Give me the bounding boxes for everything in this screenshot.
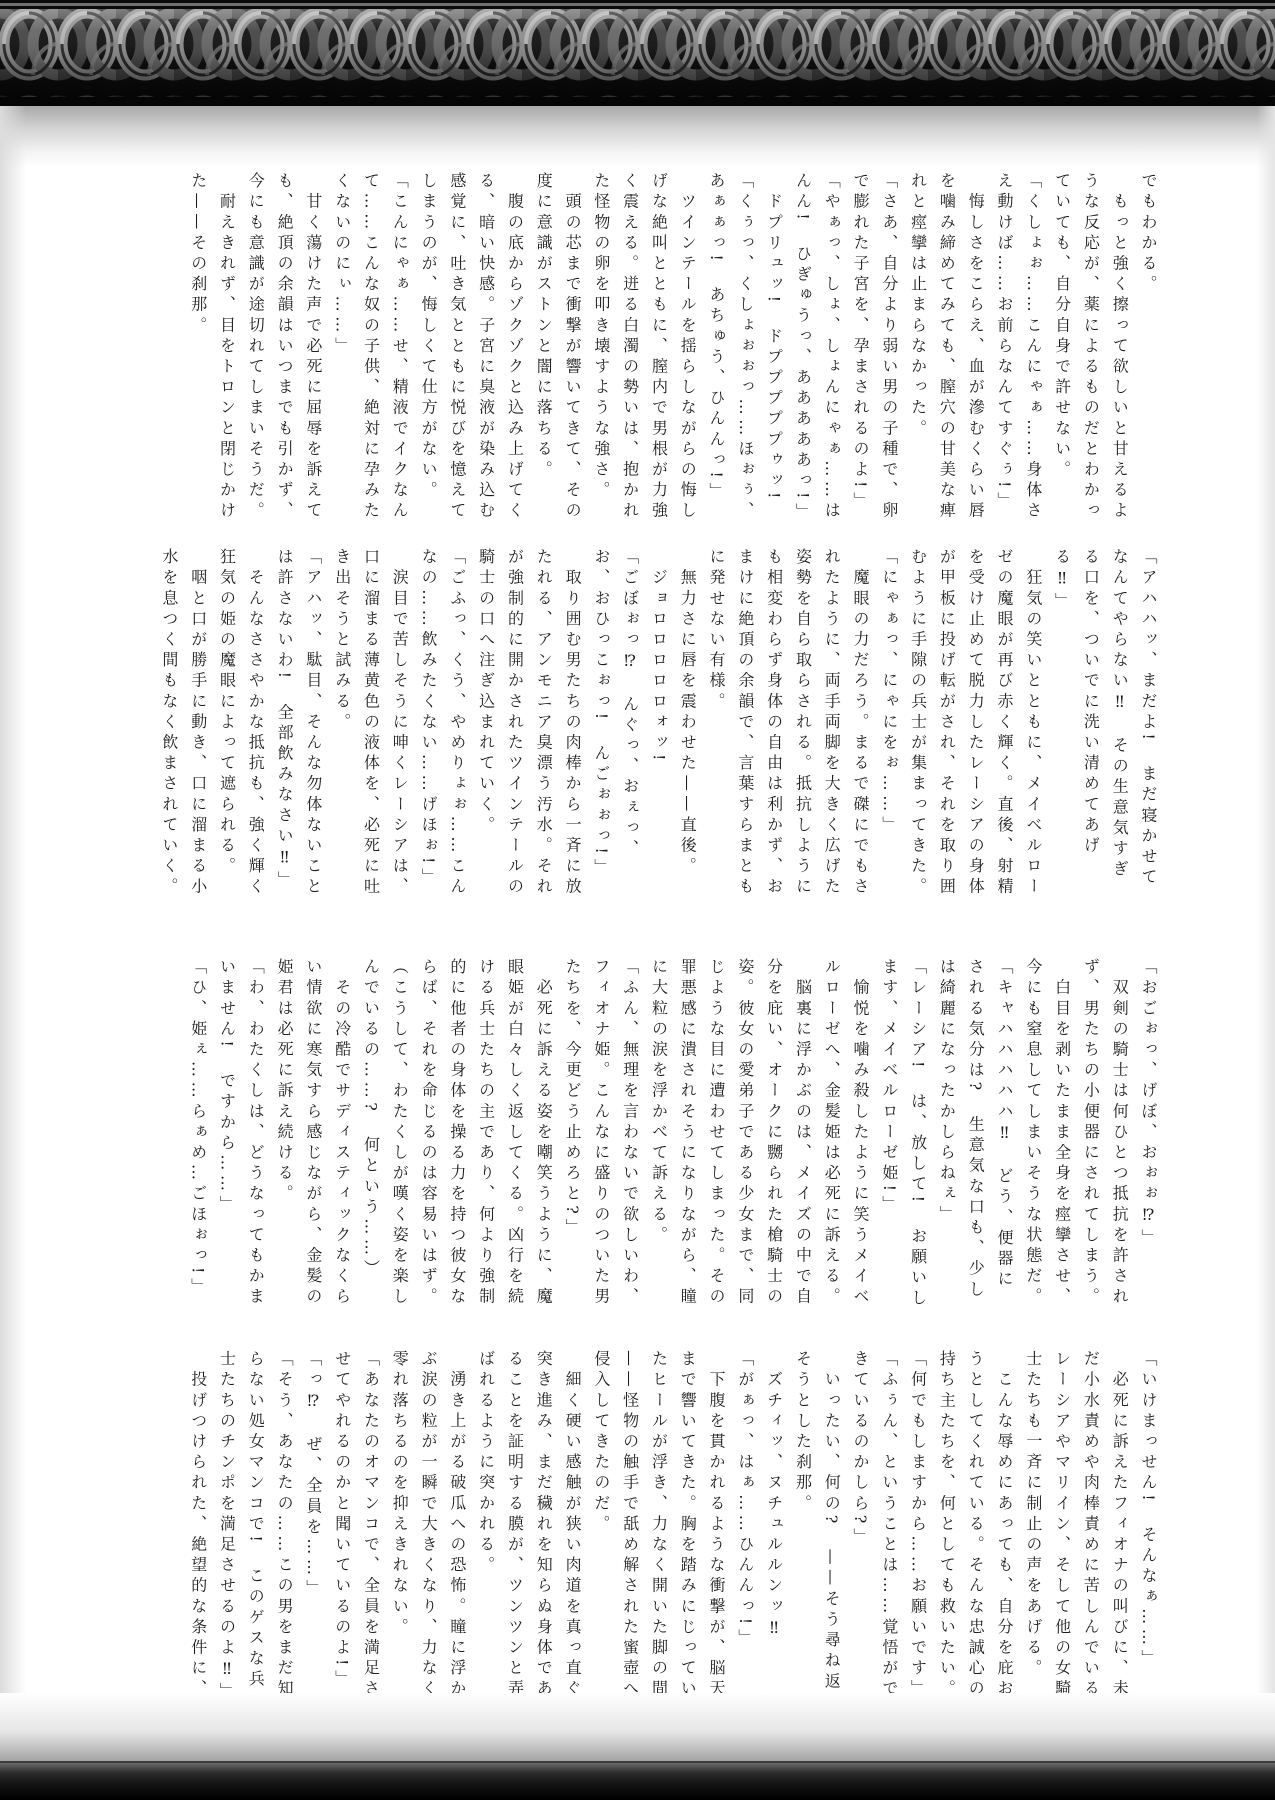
paragraph: ツインテールを揺らしながらの悔しげな絶叫とともに、膣内で男根が力強く震える。迸る… xyxy=(586,172,701,524)
paragraph: （こうして、わたくしが嘆く姿を楽しんでいるの……? 何という……） xyxy=(356,958,414,1310)
paragraph: 耐えきれず、目をトロンと閉じかけた——その刹那。 xyxy=(183,172,241,524)
paragraph: 「こんにゃぁ……せ、精液でイクなんて……こんな奴の子供、絶対に孕みたくないのにぃ… xyxy=(327,172,413,524)
paragraph: 湧き上がる破瓜への恐怖。瞳に浮かぶ涙の粒が一瞬で大きくなり、力なく零れ落ちるのを… xyxy=(384,1350,470,1702)
paragraph: 腹の底からゾクゾクと込み上げてくる、暗い快感。子宮に臭液が染み込む感覚に、吐き気… xyxy=(413,172,528,524)
paragraph: ドプリュッ! ドプププププゥッ! xyxy=(759,172,788,524)
paragraph: 「いけまっせん! そんなぁ……」 xyxy=(1133,1350,1162,1702)
paragraph: こんな辱めにあっても、自分を庇おうとしてくれている。そんな忠誠心の持ち主たちを、… xyxy=(932,1350,1018,1702)
paragraph: 必死に訴えたフィオナの叫びに、未だ小水責めや肉棒責めに苦しんでいるレーシアやマリ… xyxy=(1018,1350,1133,1702)
paragraph: 下腹を貫かれるような衝撃が、脳天まで響いてきた。胸を踏みにじっていたヒールが浮き… xyxy=(586,1350,730,1702)
paragraph: 投げつけられた、絶望的な条件に、 xyxy=(183,1350,212,1702)
paragraph: いったい、何の? ——そう尋ね返そうとした刹那。 xyxy=(788,1350,846,1702)
paragraph: 白目を剥いたまま全身を痙攣させ、今にも窒息してしまいそうな状態だ。 xyxy=(1018,958,1076,1310)
page-right-shading xyxy=(1257,106,1275,1800)
paragraph: 双剣の騎士は何ひとつ抵抗を許されず、男たちの小便器にされてしまう。 xyxy=(1076,958,1134,1310)
paragraph: 「っ⁉ ぜ、全員を……」 xyxy=(298,1350,327,1702)
paragraph: もっと強く擦って欲しいと甘えるような反応が、薬によるものだとわかっていても、自分… xyxy=(1047,172,1133,524)
paragraph: 「やぁっ、しょ、しょんにゃぁ……はんん! ひぎゅうっ、あああああっ!」 xyxy=(788,172,846,524)
paragraph: 細く硬い感触が狭い肉道を真っ直ぐ突き進み、まだ穢れを知らぬ身体であることを証明す… xyxy=(471,1350,586,1702)
paragraph: 「ふん、無理を言わないで欲しいわ、フィオナ姫。こんなに盛りのついた男たちを、今更… xyxy=(557,958,643,1310)
paragraph: 「くしょぉ……こんにゃぁ……身体さえ動けば……お前らなんてすぐぅ!」 xyxy=(989,172,1047,524)
paragraph: 「おごぉっ、げぼ、おぉぉ⁉」 xyxy=(1133,958,1162,1310)
paragraph: 「がぁっ、はぁ……ひんんっ!」 xyxy=(730,1350,759,1702)
paragraph: 「くぅっ、くしょぉぉっ……ほぉぅ、あぁぁっ! あちゅう、ひんんっ!」 xyxy=(701,172,759,524)
bottom-edge-border xyxy=(0,1761,1275,1800)
book-page: でもわかる。 もっと強く擦って欲しいと甘えるような反応が、薬によるものだとわかっ… xyxy=(0,0,1275,1800)
paragraph: 愉悦を噛み殺したように笑うメイベルローゼへ、金髪姫は必死に訴える。 xyxy=(816,958,874,1310)
paragraph: 無力さに唇を震わせた——直後。 xyxy=(672,548,701,900)
paragraph: その冷酷でサディスティックなくらい情欲に寒気すら感じながら、金髪の姫君は必死に訴… xyxy=(269,958,355,1310)
paragraph: 狂気の笑いとともに、メイベルローゼの魔眼が再び赤く輝く。直後、射精を受け止めて脱… xyxy=(903,548,1047,900)
paragraph: 「さあ、自分より弱い男の子種で、卵で膨れた子宮を、孕まされるのよ!」 xyxy=(845,172,903,524)
paragraph: 「あなたのオマンコで、全員を満足させてやれるのかと聞いているのよ!」 xyxy=(327,1350,385,1702)
paragraph: ジョロロロロロォッ! xyxy=(644,548,673,900)
paragraph: 「わ、わたくしは、どうなってもかまいません! ですから……」 xyxy=(212,958,270,1310)
text-band-3: 「おごぉっ、げぼ、おぉぉ⁉」 双剣の騎士は何ひとつ抵抗を許されず、男たちの小便器… xyxy=(110,958,1162,1310)
page-top-shading xyxy=(0,106,1275,168)
paragraph: 涙目で苦しそうに呻くレーシアは、口に溜まる薄黄色の液体を、必死に吐き出そうと試み… xyxy=(327,548,413,900)
paragraph: 「ひ、姫ぇ……らぁめ…ごほぉっ!」 xyxy=(183,958,212,1310)
paragraph: 「キャハハハハハ‼ どう、便器にされる気分は? 生意気な口も、少しは綺麗になった… xyxy=(932,958,1018,1310)
paragraph: 「レーシア! は、放して! お願いします、メイベルローゼ姫!」 xyxy=(874,958,932,1310)
paragraph: 「何でもしますから……お願いです」 xyxy=(903,1350,932,1702)
paragraph: 「ごふっ、くう、やめりょぉ……こんなの……飲みたくない……げほぉ!」 xyxy=(413,548,471,900)
paragraph: 咽と口が勝手に動き、口に溜まる小水を息つく間もなく飲まされていく。 xyxy=(154,548,212,900)
text-band-2: 「アハハッ、まだよ! まだ寝かせてなんてやらない‼ その生意気すぎる口を、ついで… xyxy=(110,548,1162,900)
paragraph: 「ふぅん、ということは……覚悟ができているのかしら?」 xyxy=(845,1350,903,1702)
celtic-knot-pattern xyxy=(0,0,1275,106)
text-band-1: でもわかる。 もっと強く擦って欲しいと甘えるような反応が、薬によるものだとわかっ… xyxy=(110,172,1162,524)
paragraph: 「にゃぁっ、にゃにをぉ……」 xyxy=(874,548,903,900)
paragraph: ズチィッ、ヌチュルルンッ‼ xyxy=(759,1350,788,1702)
paragraph: 脳裏に浮かぶのは、メイズの中で自分を庇い、オークに嬲られた槍騎士の姿。彼女の愛弟… xyxy=(644,958,817,1310)
paragraph: でもわかる。 xyxy=(1133,172,1162,524)
paragraph: そんなささやかな抵抗も、強く輝く狂気の姫の魔眼によって遮られる。 xyxy=(212,548,270,900)
paragraph: 必死に訴える姿を嘲笑うように、魔眼姫が白々しく返してくる。凶行を続ける兵士たちの… xyxy=(413,958,557,1310)
text-band-4: 「いけまっせん! そんなぁ……」 必死に訴えたフィオナの叫びに、未だ小水責めや肉… xyxy=(110,1350,1162,1702)
paragraph: 魔眼の力だろう。まるで磔にでもされたように、両手両脚を大きく広げた姿勢を自ら取ら… xyxy=(701,548,874,900)
paragraph: 「アハッ、駄目、そんな勿体ないことは許さないわ! 全部飲みなさい‼」 xyxy=(269,548,327,900)
paragraph: 頭の芯まで衝撃が響いてきて、その度に意識がストンと闇に落ちる。 xyxy=(528,172,586,524)
paragraph: 「アハハッ、まだよ! まだ寝かせてなんてやらない‼ その生意気すぎる口を、ついで… xyxy=(1047,548,1162,900)
paragraph: 悔しさをこらえ、血が滲むくらい唇を噛み締めてみても、膣穴の甘美な痺れと痙攣は止ま… xyxy=(903,172,989,524)
paragraph: 「ごぼぉっ⁉ んぐっ、おぇっ、お、おひっこぉっ! んごぉぉっ!」 xyxy=(586,548,644,900)
paragraph: 「そう、あなたの……この男をまだ知らない処女マンコで! このゲスな兵士たちのチン… xyxy=(212,1350,298,1702)
celtic-knot-border xyxy=(0,0,1275,106)
page-bottom-shading xyxy=(0,1693,1275,1763)
paragraph: 取り囲む男たちの肉棒から一斉に放たれる、アンモニア臭漂う汚水。それが強制的に開か… xyxy=(471,548,586,900)
paragraph: 甘く蕩けた声で必死に屈辱を訴えても、絶頂の余韻はいつまでも引かず、今にも意識が途… xyxy=(241,172,327,524)
page-left-shading xyxy=(0,106,26,1800)
